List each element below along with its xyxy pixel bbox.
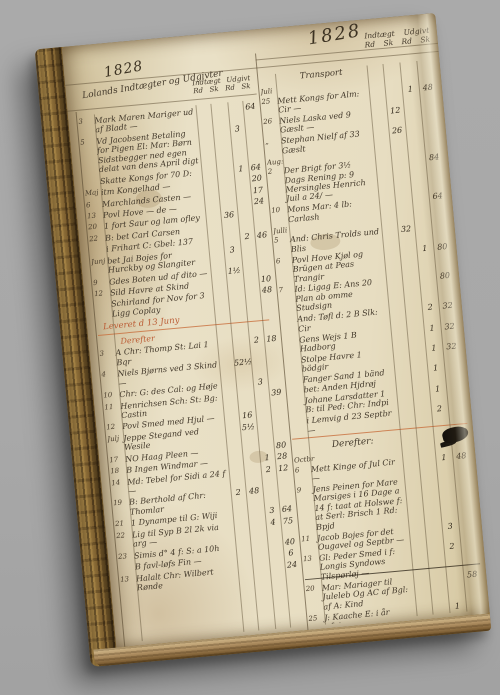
amount-indtaegt-sk (251, 550, 268, 552)
day-number: 19 (113, 498, 130, 507)
amount-indtaegt-sk (222, 233, 239, 235)
day-number (84, 177, 100, 178)
amount-udgivt-sk: 64 (242, 102, 258, 112)
amount-indtaegt-rd (368, 77, 384, 78)
day-number: 10 (103, 390, 120, 399)
day-number: 26 (263, 117, 280, 126)
amount-udgivt-rd (255, 409, 270, 410)
amount-indtaegt-rd (222, 391, 237, 392)
amount-udgivt-sk (277, 483, 292, 484)
amount-udgivt-rd (403, 104, 420, 106)
day-number: 11 (104, 402, 121, 411)
amount-indtaegt-rd (236, 552, 251, 553)
day-number: 13 (120, 574, 137, 583)
amount-udgivt-rd (413, 213, 430, 215)
amount-udgivt-sk: 80 (433, 241, 452, 252)
amount-udgivt-sk (257, 262, 272, 263)
amount-udgivt-rd (227, 103, 242, 104)
amount-indtaegt-sk (227, 288, 244, 290)
amount-udgivt-sk: 17 (250, 185, 266, 195)
day-number: 22 (89, 234, 106, 243)
amount-udgivt-sk (448, 402, 466, 404)
amount-indtaegt-sk (429, 572, 446, 574)
day-number: 6 (276, 256, 293, 265)
amount-indtaegt-rd (221, 380, 236, 381)
ruled-line (256, 43, 438, 61)
day-number: 12 (106, 423, 123, 432)
amount-indtaegt-rd (390, 326, 406, 327)
amount-indtaegt-rd (198, 127, 213, 128)
amount-indtaegt-sk: 48 (245, 486, 263, 497)
day-number: 6 (295, 465, 312, 474)
day-number: 4 (101, 370, 118, 379)
amount-udgivt-sk (271, 419, 286, 420)
day-number (290, 417, 306, 418)
amount-indtaegt-sk (402, 274, 419, 276)
amount-udgivt-rd (256, 420, 271, 421)
day-number: 13 (87, 211, 104, 220)
amount-udgivt-rd (234, 175, 249, 176)
amount-udgivt-rd (244, 287, 259, 288)
amount-indtaegt-sk (404, 304, 421, 306)
amount-udgivt-rd (243, 275, 258, 276)
amount-udgivt-sk (454, 470, 472, 472)
amount-udgivt-sk: 48 (418, 82, 437, 93)
day-number (95, 300, 111, 301)
amount-indtaegt-sk (250, 539, 267, 541)
amount-indtaegt-sk (232, 337, 249, 339)
amount-udgivt-rd: 1 (423, 322, 441, 333)
amount-indtaegt-sk (385, 85, 402, 87)
amount-udgivt-rd (235, 186, 250, 187)
amount-indtaegt-sk: 1½ (225, 265, 243, 276)
amount-udgivt-sk: 84 (425, 152, 444, 163)
amount-udgivt-sk: 28 (274, 451, 290, 461)
amount-indtaegt-rd (207, 235, 222, 236)
amount-indtaegt-sk (406, 324, 423, 326)
rd-label: Rd (397, 36, 416, 47)
amount-udgivt-rd (405, 124, 422, 126)
amount-indtaegt-sk (414, 405, 431, 407)
left-entries-bottom: 3 A Chr: Thomp St: Lai 1 Bqr 2 18 4 Niel… (99, 334, 300, 594)
day-number (281, 315, 297, 316)
amount-indtaegt-sk (216, 165, 233, 167)
entry-text: Der Brigt for 3½ Dags Rening p: 9 Mersin… (283, 158, 378, 204)
sk-label: Sk (206, 85, 223, 95)
day-number: 12 (94, 289, 111, 298)
amount-indtaegt-rd (413, 574, 429, 575)
amount-indtaegt-rd (410, 544, 426, 545)
amount-udgivt-sk: 39 (268, 387, 284, 397)
day-number: 7 (278, 285, 295, 294)
day-number: Juli (260, 87, 277, 96)
ledger-page: 1828 1828 Lolands Indtægter og Udgivter … (62, 13, 490, 648)
amount-udgivt-rd (262, 485, 277, 486)
day-number: 25 (261, 96, 278, 105)
amount-udgivt-rd: 1 (416, 243, 434, 254)
amount-indtaegt-rd (196, 106, 211, 107)
amount-indtaegt-rd (206, 223, 221, 224)
amount-indtaegt-sk (394, 194, 411, 196)
amount-indtaegt-rd (225, 423, 240, 424)
amount-indtaegt-rd (235, 541, 250, 542)
rd-label: Rd (360, 39, 379, 50)
amount-indtaegt-sk: 52½ (234, 357, 252, 368)
rd-label: Rd (190, 87, 207, 97)
amount-indtaegt-sk (217, 176, 234, 178)
amount-udgivt-sk (422, 122, 440, 124)
amount-udgivt-sk: 75 (280, 516, 296, 526)
amount-udgivt-sk (451, 441, 469, 443)
amount-udgivt-sk (252, 207, 267, 208)
amount-udgivt-sk (424, 143, 442, 145)
photo-background: 1828 1828 Lolands Indtægter og Udgivter … (0, 0, 500, 695)
amount-indtaegt-rd (233, 520, 248, 521)
amount-udgivt-rd (240, 243, 255, 244)
amount-indtaegt-rd (227, 455, 242, 456)
day-number: 11 (301, 533, 318, 542)
amount-indtaegt-sk (424, 522, 441, 524)
amount-udgivt-rd (437, 472, 454, 474)
amount-udgivt-sk (255, 242, 270, 243)
amount-indtaegt-sk (408, 344, 425, 346)
amount-udgivt-rd (434, 442, 451, 444)
day-number: 5 (80, 137, 97, 146)
amount-udgivt-rd: 2 (443, 541, 461, 552)
amount-indtaegt-sk (221, 222, 238, 224)
amount-indtaegt-sk (241, 443, 258, 445)
amount-udgivt-rd (446, 571, 463, 573)
day-number: 9 (93, 277, 110, 286)
amount-udgivt-rd (269, 560, 284, 561)
amount-udgivt-rd (242, 264, 257, 265)
sk-label: Sk (416, 34, 435, 45)
day-number: Aug: (267, 157, 284, 166)
amount-indtaegt-rd (228, 467, 243, 468)
amount-udgivt-rd: 2 (431, 404, 449, 415)
amount-udgivt-sk: 24 (251, 196, 267, 206)
amount-indtaegt-sk (420, 474, 437, 476)
day-number: 14 (111, 477, 128, 486)
amount-indtaegt-sk (391, 155, 408, 157)
amount-indtaegt-rd (408, 524, 424, 525)
amount-udgivt-sk: 46 (254, 230, 270, 240)
amount-udgivt-sk: 48 (452, 450, 471, 461)
amount-indtaegt-rd (217, 338, 232, 339)
amount-indtaegt-sk (410, 365, 427, 367)
amount-udgivt-rd (407, 144, 424, 146)
amount-indtaegt-sk (432, 602, 449, 604)
amount-udgivt-rd (419, 273, 436, 275)
amount-udgivt-sk (430, 211, 448, 213)
amount-indtaegt-sk (384, 75, 401, 77)
amount-indtaegt-rd (394, 366, 410, 367)
amount-indtaegt-rd (383, 246, 399, 247)
day-number: 5 (274, 235, 291, 244)
entry-text: Jens Peinen for Mare Marsiges i 16 Dage … (312, 477, 408, 532)
amount-udgivt-sk (458, 519, 476, 521)
day-number: 25 (308, 613, 325, 622)
udgivt-label: Udgivt (403, 26, 429, 37)
amount-indtaegt-sk: 32 (397, 224, 415, 235)
amount-udgivt-rd: 4 (265, 517, 281, 527)
amount-udgivt-sk: 32 (438, 301, 457, 312)
amount-udgivt-rd: 1 (259, 453, 275, 463)
amount-indtaegt-sk (212, 125, 229, 127)
day-number: 13 (303, 554, 320, 563)
day-number: 9 (296, 485, 313, 494)
amount-udgivt-sk: 18 (264, 334, 280, 344)
amount-indtaegt-sk (396, 215, 413, 217)
amount-indtaegt-rd (374, 147, 390, 148)
amount-indtaegt-sk (247, 507, 264, 509)
amount-indtaegt-rd (380, 216, 396, 217)
day-number: Junj (91, 257, 108, 266)
amount-indtaegt-rd (404, 475, 420, 476)
amount-udgivt-rd: 2 (260, 464, 276, 474)
ink-blot (441, 424, 470, 445)
day-number: 6 (86, 200, 103, 209)
amount-udgivt-rd: 2 (421, 302, 439, 313)
day-number: 10 (271, 206, 288, 215)
day-number: 23 (118, 551, 135, 560)
day-number: Julj (107, 434, 124, 443)
amount-indtaegt-rd (369, 86, 385, 87)
amount-udgivt-sk: 64 (248, 162, 264, 172)
amount-indtaegt-rd (232, 508, 247, 509)
day-number: 21 (115, 519, 132, 528)
amount-udgivt-sk (418, 72, 436, 74)
day-number (288, 396, 304, 397)
amount-udgivt-rd: 1 (427, 363, 445, 374)
amount-indtaegt-sk (237, 390, 254, 392)
amount-udgivt-sk (253, 219, 268, 220)
amount-indtaegt-rd (381, 226, 397, 227)
day-number (119, 563, 135, 564)
day-number: 17 (109, 455, 126, 464)
amount-indtaegt-rd (223, 412, 238, 413)
amount-udgivt-sk (265, 355, 280, 356)
amount-udgivt-sk: 40 (282, 536, 298, 546)
amount-indtaegt-sk (252, 562, 269, 564)
amount-udgivt-sk: 80 (273, 440, 289, 450)
amount-udgivt-sk (270, 408, 285, 409)
day-number: 18 (110, 466, 127, 475)
amount-udgivt-rd (238, 220, 253, 221)
amount-udgivt-rd: 2 (249, 335, 265, 345)
amount-indtaegt-sk: 5½ (239, 422, 257, 433)
amount-udgivt-sk: 80 (436, 271, 455, 282)
day-number: 20 (305, 583, 322, 592)
amount-udgivt-rd: 1 (429, 383, 447, 394)
amount-udgivt-sk: 64 (428, 191, 447, 202)
amount-udgivt-sk: 20 (249, 173, 265, 183)
amount-indtaegt-rd (379, 196, 395, 197)
amount-udgivt-rd (408, 154, 425, 156)
amount-indtaegt-sk (412, 385, 429, 387)
year-heading-right: 1828 (306, 20, 362, 49)
amount-udgivt-rd: 3 (229, 124, 245, 134)
amount-udgivt-sk: 6 (283, 548, 299, 558)
amount-indtaegt-rd (201, 166, 216, 167)
amount-udgivt-rd (268, 549, 283, 550)
amount-udgivt-sk: 48 (259, 285, 275, 295)
column-header-right: Indtægt Udgivt Rd Sk Rd Sk (359, 25, 434, 50)
amount-udgivt-rd (414, 223, 431, 225)
amount-indtaegt-rd (402, 455, 418, 456)
amount-indtaegt-rd (219, 359, 234, 360)
amount-udgivt-rd: 1 (448, 600, 466, 611)
amount-udgivt-rd: 3 (441, 521, 459, 532)
day-number: Julli (273, 226, 290, 235)
amount-indtaegt-sk (242, 454, 259, 456)
amount-indtaegt-rd (398, 407, 414, 408)
amount-indtaegt-sk: 16 (238, 410, 256, 421)
day-number: 22 (116, 530, 133, 539)
amount-indtaegt-rd (389, 305, 405, 306)
day-number: 2 (267, 167, 284, 176)
amount-udgivt-sk (420, 102, 438, 104)
amount-indtaegt-rd (205, 212, 220, 213)
amount-indtaegt-sk (235, 378, 252, 380)
amount-udgivt-sk (267, 375, 282, 376)
day-number: Maj (85, 188, 102, 197)
amount-udgivt-sk (431, 221, 449, 223)
amount-udgivt-sk: 24 (284, 559, 300, 569)
day-number (283, 335, 299, 336)
amount-udgivt-rd: 3 (264, 506, 280, 516)
amount-udgivt-sk: 32 (442, 341, 461, 352)
amount-indtaegt-sk: 26 (388, 125, 406, 136)
amount-udgivt-rd (411, 193, 428, 195)
amount-indtaegt-rd (401, 445, 417, 446)
amount-indtaegt-sk (211, 104, 228, 106)
day-number: 20 (88, 222, 105, 231)
amount-udgivt-rd (236, 197, 251, 198)
amount-udgivt-rd (253, 388, 268, 389)
amount-indtaegt-rd (212, 289, 227, 290)
amount-indtaegt-sk: 12 (386, 105, 404, 116)
amount-indtaegt-rd (208, 246, 223, 247)
amount-indtaegt-rd (203, 189, 218, 190)
ledger-book: 1828 1828 Lolands Indtægter og Udgivter … (35, 13, 492, 667)
amount-udgivt-rd: 1 (435, 452, 453, 463)
amount-indtaegt-sk (243, 465, 260, 467)
amount-indtaegt-sk (390, 146, 407, 148)
sk-label: Sk (379, 38, 398, 49)
amount-udgivt-rd: 3 (252, 377, 268, 387)
amount-udgivt-rd: 1 (425, 343, 443, 354)
day-number (285, 356, 301, 357)
amount-indtaegt-rd (372, 127, 388, 128)
sk-label: Sk (238, 82, 255, 92)
amount-indtaegt-sk (248, 518, 265, 520)
amount-indtaegt-sk: 3 (223, 244, 241, 255)
amount-indtaegt-sk (219, 199, 236, 201)
amount-udgivt-rd (237, 209, 252, 210)
amount-indtaegt-rd: 2 (230, 488, 246, 498)
amount-udgivt-sk (444, 361, 462, 363)
amount-udgivt-rd: 1 (401, 83, 419, 94)
day-number: 3 (99, 349, 116, 358)
amount-indtaegt-rd (237, 563, 252, 564)
amount-udgivt-sk: 58 (463, 569, 482, 580)
day-number: „ (265, 137, 282, 146)
amount-udgivt-sk (460, 539, 478, 541)
amount-indtaegt-rd (226, 444, 241, 445)
amount-indtaegt-rd (202, 178, 217, 179)
amount-indtaegt-sk (226, 277, 243, 279)
amount-indtaegt-sk (399, 244, 416, 246)
amount-indtaegt-rd (392, 346, 408, 347)
amount-udgivt-rd: 2 (239, 232, 255, 242)
amount-indtaegt-rd (416, 603, 432, 604)
amount-indtaegt-sk (426, 542, 443, 544)
amount-udgivt-sk: 32 (440, 321, 459, 332)
amount-indtaegt-rd (396, 386, 412, 387)
amount-indtaegt-rd (211, 278, 226, 279)
day-number (286, 376, 302, 377)
amount-udgivt-sk: 10 (258, 274, 274, 284)
amount-udgivt-sk (465, 599, 483, 601)
amount-indtaegt-sk (417, 444, 434, 446)
amount-indtaegt-sk (218, 187, 235, 189)
amount-udgivt-rd (251, 356, 266, 357)
amount-udgivt-rd: 1 (233, 163, 249, 173)
amount-udgivt-rd (258, 441, 273, 442)
entry-text: Vd Jacobsent Betaling for Pigen El: Mar:… (96, 128, 201, 175)
day-number: Octbr (294, 455, 311, 464)
amount-indtaegt-rd (386, 276, 402, 277)
amount-indtaegt-rd (204, 200, 219, 201)
day-number: 3 (78, 116, 95, 125)
amount-indtaegt-rd (370, 107, 386, 108)
amount-udgivt-sk: 64 (279, 504, 295, 514)
amount-indtaegt-sk: 36 (220, 210, 238, 221)
amount-indtaegt-sk (418, 453, 435, 455)
amount-udgivt-sk: 12 (275, 463, 291, 473)
amount-udgivt-rd (267, 538, 282, 539)
amount-indtaegt-rd (210, 267, 225, 268)
amount-indtaegt-rd (375, 157, 391, 158)
amount-udgivt-sk (244, 122, 259, 123)
rd-label: Rd (222, 84, 239, 94)
day-number (90, 245, 106, 246)
amount-udgivt-sk (446, 382, 464, 384)
amount-udgivt-rd (401, 74, 418, 76)
